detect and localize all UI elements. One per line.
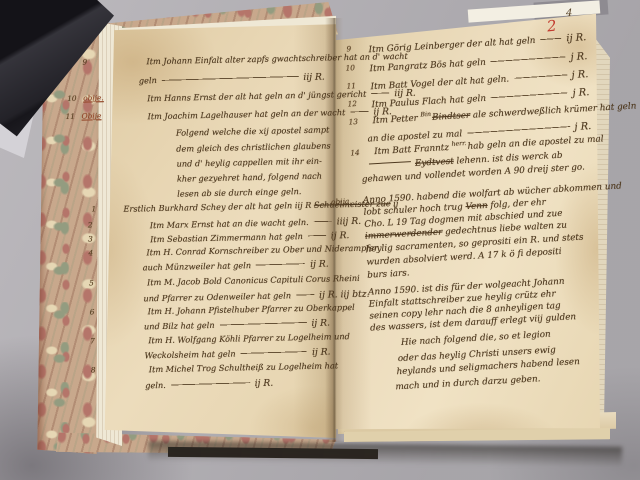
text-segment: Itm Marx Ernst hat an die wacht geln. [150, 217, 309, 230]
text-segment: ale schwerdweßlich krümer hat geln [470, 101, 637, 120]
text-segment: Itm M. Jacob Bold Canonicus Capituli Cor… [147, 273, 360, 287]
text-segment: burs iars. [367, 268, 410, 280]
text-segment: Hie nach folgend die, so et legion [401, 330, 551, 348]
margin-number: 11 [346, 82, 356, 90]
text-segment: auch Münzweiler hat geln [143, 260, 252, 272]
line-text: Itm Batt Vogel der alt hat geln. [370, 76, 509, 93]
amount: ij R. [310, 260, 329, 270]
flourish-dash [514, 70, 567, 81]
amount: ij R. [331, 231, 350, 241]
manuscript-line: geln.ij R. [145, 378, 273, 391]
text-segment: Itm H. Johann Pfistelhuber Pfarrer zu Ob… [148, 302, 355, 316]
line-text: und Bilz hat geln [144, 321, 215, 331]
text-segment: Itm Sebastian Zimmermann hat geln [150, 231, 303, 244]
manuscript-line: 8Itm Michel Trog Schultheiß zu Logelheim… [149, 361, 331, 373]
text-segment: geln [139, 75, 157, 85]
amount: ij R. [311, 318, 330, 328]
line-text: Itm H. Wolfgang Köhli Pfarrer zu Logelhe… [148, 332, 350, 344]
margin-number: 13 [348, 118, 358, 126]
manuscript-line: 4Itm H. Conrad Kornschreiber zu Ober und… [146, 245, 328, 257]
amount: j R. [571, 70, 588, 81]
line-text: Itm Pangratz Bös hat geln [369, 59, 486, 74]
manuscript-line: lesen ab sie durch einge geln. [177, 187, 327, 198]
line-text: lesen ab sie durch einge geln. [177, 187, 301, 198]
line-text: Hie nach folgend die, so et legion [401, 331, 551, 348]
line-text: Itm Joachim Lagelhauser hat geln an der … [147, 108, 345, 120]
folio-number: 4 [566, 8, 572, 19]
line-text: kher gezyehret hand, folgend nach [177, 172, 322, 183]
text-segment: kher gezyehret hand, folgend nach [177, 171, 322, 184]
margin-number: 14 [350, 149, 360, 157]
margin-number: 7 [90, 337, 95, 345]
line-text: und Pfarrer zu Odenweiler hat geln [143, 291, 291, 302]
text-segment: Folgend welche die xij apostel sampt [176, 124, 330, 137]
line-text: geln. [145, 381, 166, 390]
line-text: Itm Görig Leinberger der alt hat geln [368, 37, 535, 55]
struck-text: Eydtvest [415, 157, 454, 169]
struck-text: Bindtser [432, 111, 471, 123]
manuscript-line: Weckolsheim hat gelnij R. [144, 346, 330, 360]
flourish-dash [314, 216, 332, 225]
text-segment: geln. [145, 380, 166, 390]
text-segment: und Bilz hat geln [144, 320, 215, 331]
margin-number: 9 [82, 59, 87, 67]
line-text: Itm M. Jacob Bold Canonicus Capituli Cor… [147, 274, 360, 287]
margin-number: 5 [89, 279, 94, 287]
line-text: Itm Paulus Flach hat geln [371, 95, 486, 110]
margin-number: 6 [90, 308, 95, 316]
line-text: geln [139, 76, 157, 85]
manuscript-line: 10obije.Itm Hanns Ernst der alt hat geln… [147, 90, 325, 104]
line-text: Itm Michel Trog Schultheiß zu Logelheim … [149, 361, 338, 373]
red-foliation-number: 2 [546, 17, 557, 36]
manuscript-line: 3Itm Sebastian Zimmermann hat gelnij R. [150, 231, 328, 245]
text-segment: Itm Batt Vogel der alt hat geln. [370, 75, 509, 93]
line-text: dem gleich des christlichen glaubens [176, 141, 331, 152]
amount: j R. [570, 52, 587, 63]
text-segment: folg, der ehr [487, 198, 546, 211]
manuscript-line: Folgend welche die xij apostel sampt [176, 126, 326, 137]
manuscript-line: 1Erstlich Burkhard Schey der alt hat gel… [123, 201, 327, 213]
flourish-dash [369, 161, 411, 164]
manuscript-line: und d' heylig cappellen mit ihr ein- [176, 157, 326, 168]
flourish-dash [219, 318, 306, 329]
margin-number: 11 [65, 113, 75, 121]
manuscript-line: 2Itm Marx Ernst hat an die wacht geln.ii… [150, 217, 328, 231]
margin-number: 12 [347, 100, 357, 108]
amount: iij R. [303, 73, 325, 83]
struck-text: immerwerdender [365, 227, 443, 241]
flourish-dash [256, 259, 305, 268]
margin-number: 8 [91, 366, 96, 374]
superscript-text: herr. [451, 140, 466, 148]
manuscript-line: gelniij R. [139, 72, 325, 86]
manuscript-line: 11ObijeItm Joachim Lagelhauser hat geln … [147, 108, 325, 122]
line-text: Itm H. Johann Pfistelhuber Pfarrer zu Ob… [148, 303, 355, 316]
line-text: Folgend welche die xij apostel sampt [176, 125, 330, 136]
text-segment: und d' heylig cappellen mit ihr ein- [176, 156, 321, 169]
amount: j R. [574, 122, 591, 133]
flourish-dash [490, 52, 565, 65]
text-segment: Itm Paulus Flach hat geln [371, 94, 486, 110]
text-segment: lesen ab sie durch einge geln. [177, 186, 301, 199]
text-segment: Erstlich Burkhard Schey der alt hat geln… [123, 200, 314, 214]
margin-number: 10 [345, 64, 355, 72]
text-segment: Itm Petter [372, 114, 421, 127]
flourish-dash [171, 378, 250, 388]
margin-number: 10 [67, 95, 77, 103]
text-segment: Weckolsheim hat geln [144, 348, 235, 360]
flourish-dash [240, 347, 307, 357]
left-page-text: 9Itm Johann Einfalt alter zapfs gwachtsc… [112, 37, 335, 401]
margin-note: Obije [81, 112, 101, 120]
superscript-text: Bin [420, 111, 431, 119]
amount: ij R. [312, 347, 331, 357]
manuscript-line: 6Itm H. Johann Pfistelhuber Pfarrer zu O… [148, 304, 330, 316]
margin-number: 9 [346, 45, 351, 53]
manuscript-line: 7Itm H. Wolfgang Köhli Pfarrer zu Logelh… [148, 332, 330, 344]
line-text: burs iars. [367, 269, 410, 280]
text-segment: Itm Pangratz Bös hat geln [369, 58, 486, 74]
flourish-dash [491, 88, 568, 101]
line-text: Itm Sebastian Zimmermann hat geln [150, 232, 303, 243]
line-text: Weckolsheim hat geln [144, 349, 235, 359]
right-page-text: 9Itm Görig Leinberger der alt hat gelnij… [338, 26, 610, 407]
text-segment: mach und in durch darzu geben. [395, 374, 541, 392]
line-text: Itm Marx Ernst hat an die wacht geln. [150, 218, 309, 230]
text-segment: Itm H. Wolfgang Köhli Pfarrer zu Logelhe… [148, 331, 350, 345]
manuscript-line: und Pfarrer zu Odenweiler hat gelnij R. … [143, 290, 329, 304]
book-bottom-shadow [148, 441, 622, 471]
amount: j R. [572, 88, 589, 99]
manuscript-line: und Bilz hat gelnij R. [144, 317, 330, 331]
flourish-dash [162, 72, 299, 84]
margin-number: 1 [91, 205, 96, 213]
margin-note: obija. [331, 197, 352, 206]
manuscript-line: auch Münzweiler hat gelnij R. [143, 259, 329, 273]
amount: ij R. [566, 33, 586, 44]
line-text: und d' heylig cappellen mit ihr ein- [176, 157, 321, 168]
manuscript-line: 5Itm M. Jacob Bold Canonicus Capituli Co… [147, 275, 329, 287]
flourish-dash [296, 290, 314, 299]
margin-number: 2 [88, 221, 93, 229]
margin-number: 3 [88, 235, 93, 243]
manuscript-line: dem gleich des christlichen glaubens [176, 142, 326, 153]
margin-number: 4 [88, 249, 93, 257]
line-text: mach und in durch darzu geben. [395, 375, 540, 392]
text-segment: Itm Joachim Lagelhauser hat geln an der … [147, 107, 345, 121]
text-segment: dem gleich des christlichen glaubens [176, 140, 331, 153]
amount: ij R. [255, 379, 274, 389]
text-segment: Itm Görig Leinberger der alt hat geln [368, 36, 535, 55]
text-segment: Itm Batt Franntz [374, 143, 452, 157]
text-segment: Itm Michel Trog Schultheiß zu Logelheim … [149, 360, 338, 374]
margin-note: obije. [83, 94, 104, 102]
flourish-dash [308, 230, 326, 239]
flourish-dash [467, 122, 570, 137]
struck-text: Venn [465, 201, 488, 212]
line-text: auch Münzweiler hat geln [143, 261, 251, 271]
text-segment: und Pfarrer zu Odenweiler hat geln [143, 290, 291, 303]
photo-background: 9Itm Johann Einfalt alter zapfs gwachtsc… [0, 0, 640, 480]
manuscript-line: 9Itm Johann Einfalt alter zapfs gwachtsc… [146, 54, 324, 66]
manuscript-line: kher gezyehret hand, folgend nach [177, 172, 327, 183]
